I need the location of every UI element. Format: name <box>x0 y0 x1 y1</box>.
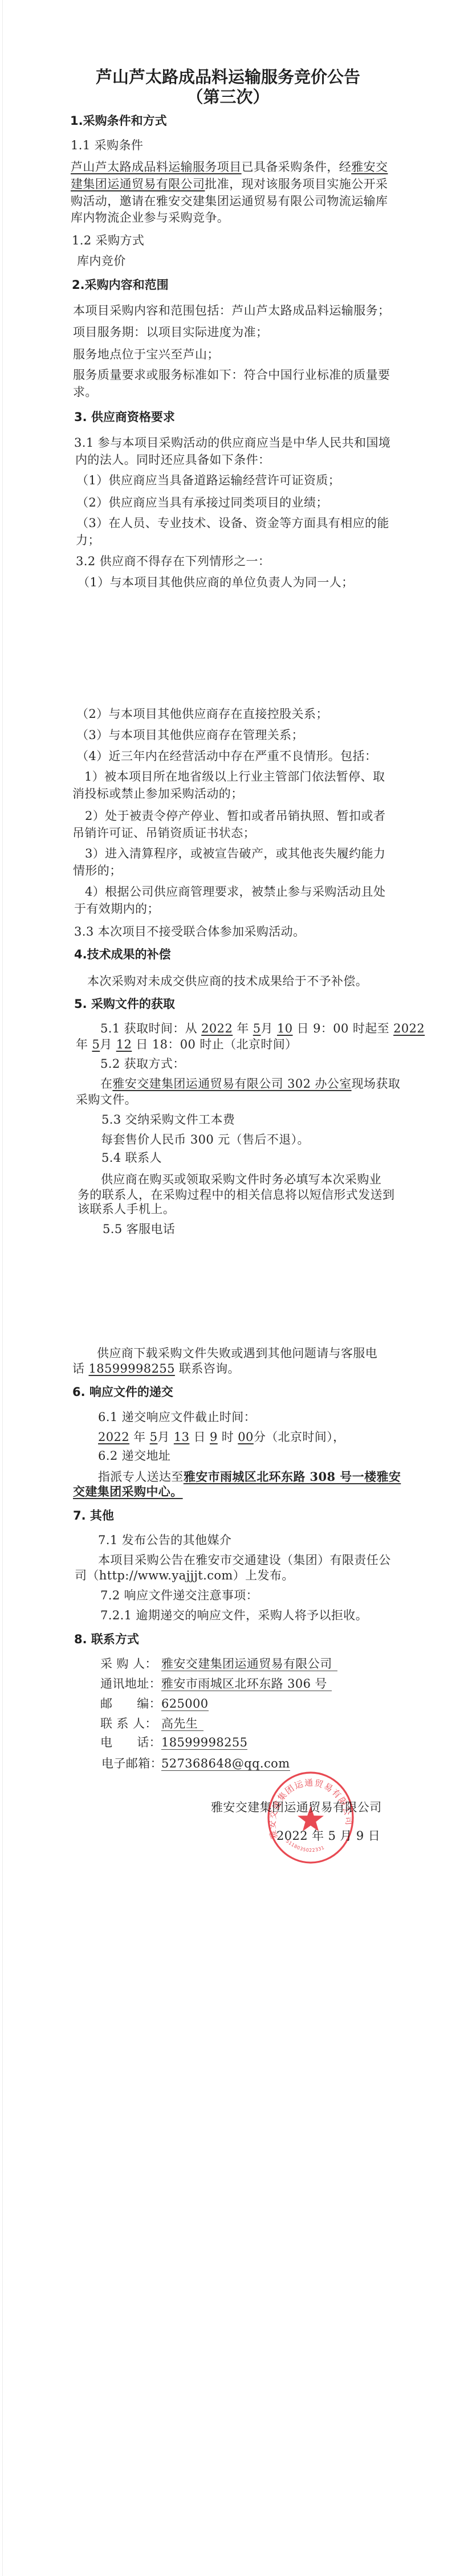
qualification-item: （1）供应商应当具备道路运输经营许可证资质； <box>76 473 340 488</box>
contact-value: 527368648@qq.com <box>161 1757 290 1771</box>
publication-media-line: 本项目采购公告在雅安市交通建设（集团）有限责任公 <box>98 1553 391 1567</box>
contact-label: 电 话： <box>100 1735 161 1750</box>
scan-edge-line <box>2 0 3 2576</box>
document-page: 芦山芦太路成品料运输服务竞价公告 （第三次） 1.采购条件和方式 1.1 采购条… <box>0 0 456 2576</box>
section-1-2-heading: 1.2 采购方式 <box>72 233 144 248</box>
acquisition-location: 雅安交建集团运通贸易有限公司 302 办公室 <box>112 1077 351 1091</box>
section-1-1-line: 购活动，邀请在雅安交建集团运通贸易有限公司物流运输库 <box>71 194 388 209</box>
contact-label: 邮 编： <box>100 1696 161 1711</box>
exclusion-subitem: 吊销许可证、吊销资质证书状态； <box>72 826 255 840</box>
contact-value: 625000 <box>161 1697 209 1711</box>
official-seal-icon: 雅安交建集团运通贸易有限公司 5118035022331 <box>266 1771 355 1864</box>
exclusion-item: （1）与本项目其他供应商的单位负责人为同一人； <box>78 575 354 590</box>
section-1-1-heading: 1.1 采购条件 <box>71 138 143 153</box>
acquisition-method-line: 采购文件。 <box>76 1092 137 1107</box>
late-submission-note: 7.2.1 逾期递交的响应文件，采购人将予以拒收。 <box>100 1608 368 1623</box>
section-4-text: 本次采购对未成交供应商的技术成果给于不予补偿。 <box>87 974 368 989</box>
deadline-line: 2022 年 5月 13 日 9 时 00分（北京时间）， <box>98 1430 345 1444</box>
contact-label: 电子邮箱： <box>101 1756 161 1771</box>
section-1-1-line: 芦山芦太路成品料运输服务项目已具备采购条件，经雅安交 <box>71 160 388 174</box>
exclusion-subitem: 1）被本项目所在地省级以上行业主管部门依法暂停、取 <box>84 769 385 784</box>
contact-value: 雅安市雨城区北环东路 306 号 <box>161 1677 332 1691</box>
deadline-month: 5 <box>150 1430 158 1444</box>
section-3-2-heading: 3.2 供应商不得存在下列情形之一： <box>76 554 270 569</box>
section-5-4-heading: 5.4 联系人 <box>101 1150 162 1165</box>
exclusion-subitem: 2）处于被责令停产停业、暂扣或者吊销执照、暂扣或者 <box>85 809 385 823</box>
exclusion-subitem: 消投标或禁止参加采购活动的； <box>72 786 243 801</box>
text-segment: 日 9：00 时起至 <box>293 1022 394 1035</box>
text-segment: 话 <box>72 1362 88 1375</box>
section-3-heading: 3. 供应商资格要求 <box>74 410 175 424</box>
document-subtitle: （第三次） <box>0 87 456 107</box>
text-segment: 月 <box>100 1038 116 1051</box>
project-name: 芦山芦太路成品料运输服务项目 <box>71 160 242 174</box>
exclusion-item: （4）近三年内在经营活动中存在严重不良情形。包括： <box>76 749 377 764</box>
end-year: 2022 <box>393 1022 425 1035</box>
contact-row-email: 电子邮箱：527368648@qq.com <box>101 1756 290 1771</box>
text-segment: 批准，现对该服务项目实施公开采 <box>205 177 388 191</box>
contact-label: 采 购 人： <box>100 1656 161 1671</box>
deadline-year: 2022 <box>98 1430 129 1444</box>
text-segment: 在 <box>100 1077 112 1091</box>
submission-address-line: 指派专人送达至雅安市雨城区北环东路 308 号一楼雅安 <box>98 1469 401 1484</box>
text-segment: 日 <box>189 1430 210 1444</box>
acquisition-time-line: 5.1 获取时间：从 2022 年 5月 10 日 9：00 时起至 2022 <box>100 1021 425 1036</box>
section-4-heading: 4.技术成果的补偿 <box>74 947 171 962</box>
section-5-heading: 5. 采购文件的获取 <box>74 997 175 1011</box>
exclusion-subitem: 4）根据公司供应商管理要求，被禁止参与采购活动且处 <box>85 884 385 899</box>
contact-value: 雅安交建集团运通贸易有限公司 <box>161 1657 337 1671</box>
text-segment: 已具备采购条件，经 <box>242 160 352 174</box>
document-fee-text: 每套售价人民币 300 元（售后不退）。 <box>101 1132 310 1147</box>
section-7-heading: 7. 其他 <box>73 1508 114 1523</box>
section-6-2-heading: 6.2 递交地址 <box>98 1448 170 1463</box>
section-5-3-heading: 5.3 交纳采购文件工本费 <box>101 1112 235 1127</box>
hotline-line: 供应商下载采购文件失败或遇到其他问题请与客服电 <box>97 1346 377 1361</box>
qualification-item: （2）供应商应当具有承接过同类项目的业绩； <box>76 495 328 510</box>
text-segment: 时 <box>218 1430 238 1444</box>
qualification-item: （3）在人员、专业技术、设备、资金等方面具有相应的能 <box>76 516 389 530</box>
contact-person-line: 供应商在购买或领取采购文件时务必填写本次采购业 <box>101 1172 381 1187</box>
contact-row-person: 联 系 人：高先生 <box>100 1716 203 1731</box>
section-3-1-line: 内的法人。同时还应具备如下条件： <box>75 452 270 467</box>
text-segment: 分（北京时间）， <box>254 1430 345 1444</box>
deadline-minute: 00 <box>238 1430 254 1444</box>
text-segment: 月 <box>157 1430 173 1444</box>
section-8-heading: 8. 联系方式 <box>74 1632 139 1647</box>
section-2-line: 本项目采购内容和范围包括：芦山芦太路成品料运输服务； <box>73 303 390 318</box>
section-6-1-heading: 6.1 递交响应文件截止时间： <box>98 1410 256 1424</box>
text-segment: 日 18：00 时止（北京时间） <box>132 1038 297 1051</box>
publication-media-line: 司（http://www.yajjjt.com）上发布。 <box>75 1568 294 1583</box>
contact-row-phone: 电 话：18599998255 <box>100 1735 247 1750</box>
approver-name: 建集团运通贸易有限公司 <box>71 177 205 191</box>
end-day: 12 <box>116 1038 132 1051</box>
section-2-line: 服务地点位于宝兴至芦山； <box>73 347 219 362</box>
svg-text:5118035022331: 5118035022331 <box>285 1839 325 1853</box>
contact-person-line: 该联系人手机上。 <box>78 1202 175 1216</box>
section-2-heading: 2.采购内容和范围 <box>72 277 169 292</box>
text-segment: 年 <box>233 1022 253 1035</box>
section-2-line: 服务质量要求或服务标准如下：符合中国行业标准的质量要 <box>73 368 390 382</box>
section-1-1-line: 库内物流企业参与采购竞争。 <box>71 210 229 225</box>
section-5-2-heading: 5.2 获取方式： <box>100 1056 185 1071</box>
end-month: 5 <box>92 1038 100 1051</box>
acquisition-method-line: 在雅安交建集团运通贸易有限公司 302 办公室现场获取 <box>100 1076 400 1091</box>
section-5-5-heading: 5.5 客服电话 <box>103 1222 175 1236</box>
deadline-day: 13 <box>174 1430 190 1444</box>
text-segment: 月 <box>261 1022 277 1035</box>
text-segment: 年 <box>129 1430 150 1444</box>
text-segment: 指派专人送达至 <box>98 1470 184 1484</box>
exclusion-subitem: 情形的； <box>73 863 122 878</box>
seal-star-icon <box>298 1806 324 1831</box>
contact-label: 联 系 人： <box>100 1716 161 1731</box>
contact-value: 18599998255 <box>161 1736 247 1750</box>
section-2-line: 求。 <box>73 385 97 399</box>
acquisition-time-line: 年 5月 12 日 18：00 时止（北京时间） <box>76 1037 298 1052</box>
start-year: 2022 <box>201 1022 233 1035</box>
start-month: 5 <box>253 1022 261 1035</box>
text-segment: 5.1 获取时间：从 <box>100 1022 201 1035</box>
hotline-line: 话 18599998255 联系咨询。 <box>72 1361 240 1376</box>
section-7-1-heading: 7.1 发布公告的其他媒介 <box>98 1533 231 1548</box>
section-3-1-line: 3.1 参与本项目采购活动的供应商应当是中华人民共和国境 <box>74 435 390 450</box>
contact-row-purchaser: 采 购 人：雅安交建集团运通贸易有限公司 <box>100 1656 337 1671</box>
submission-address: 雅安市雨城区北环东路 308 号一楼雅安 <box>184 1469 401 1484</box>
contact-person-line: 务的联系人，在采购过程中的相关信息将以短信形式发送到 <box>78 1187 394 1202</box>
section-2-line: 项目服务期：以项目实际进度为准； <box>73 325 268 340</box>
exclusion-item: （2）与本项目其他供应商存在直接控股关系； <box>76 707 328 721</box>
contact-row-postcode: 邮 编：625000 <box>100 1696 209 1711</box>
text-segment: 现场获取 <box>352 1077 401 1091</box>
exclusion-subitem: 于有效期内的； <box>74 901 160 916</box>
section-6-heading: 6. 响应文件的递交 <box>72 1385 173 1399</box>
seal-code: 5118035022331 <box>285 1839 325 1853</box>
qualification-item: 力； <box>76 533 100 548</box>
start-day: 10 <box>277 1022 293 1035</box>
exclusion-item: （3）与本项目其他供应商存在管理关系； <box>76 728 304 742</box>
contact-value: 高先生 <box>161 1717 203 1731</box>
approver-name: 雅安交 <box>351 160 388 174</box>
section-3-3-line: 3.3 本次项目不接受联合体参加采购活动。 <box>74 924 305 939</box>
submission-address-line: 交建集团采购中心。 <box>73 1484 183 1499</box>
section-7-2-heading: 7.2 响应文件递交注意事项： <box>100 1588 258 1603</box>
deadline-hour: 9 <box>210 1430 218 1444</box>
contact-label: 通讯地址： <box>100 1676 161 1691</box>
exclusion-subitem: 3）进入清算程序，或被宣告破产，或其他丧失履约能力 <box>85 846 385 861</box>
document-title: 芦山芦太路成品料运输服务竞价公告 <box>0 67 456 87</box>
section-1-1-line: 建集团运通贸易有限公司批准，现对该服务项目实施公开采 <box>71 177 388 191</box>
section-1-heading: 1.采购条件和方式 <box>70 113 167 128</box>
hotline-number: 18599998255 <box>88 1362 174 1375</box>
contact-row-address: 通讯地址：雅安市雨城区北环东路 306 号 <box>100 1676 332 1691</box>
text-segment: 年 <box>76 1038 92 1051</box>
text-segment: 联系咨询。 <box>175 1362 240 1375</box>
procurement-method-value: 库内竞价 <box>77 254 126 268</box>
submission-address: 交建集团采购中心。 <box>73 1484 183 1499</box>
